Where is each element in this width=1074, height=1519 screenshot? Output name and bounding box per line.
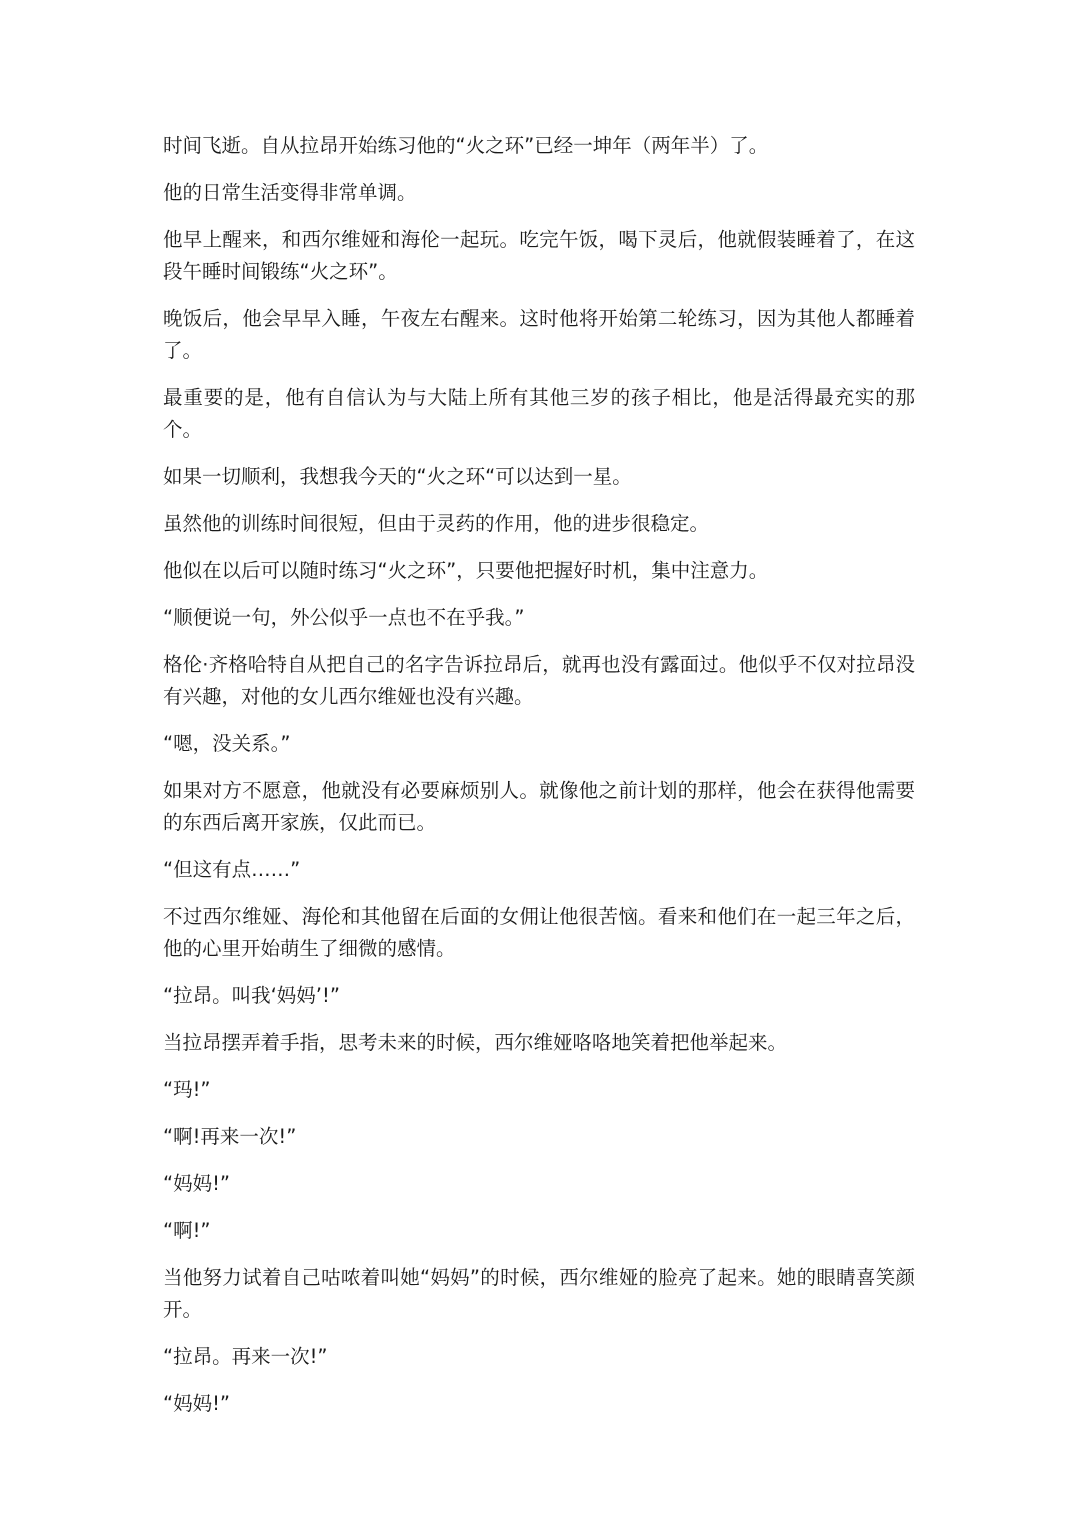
paragraph: 他的日常生活变得非常单调。 [163,177,915,209]
paragraph: 当他努力试着自己咕哝着叫她“妈妈”的时候，西尔维娅的脸亮了起来。她的眼睛喜笑颜开… [163,1262,915,1326]
paragraph: 最重要的是，他有自信认为与大陆上所有其他三岁的孩子相比，他是活得最充实的那个。 [163,382,915,446]
paragraph: “但这有点……” [163,854,915,886]
paragraph: “顺便说一句，外公似乎一点也不在乎我。” [163,602,915,634]
paragraph: 不过西尔维娅、海伦和其他留在后面的女佣让他很苦恼。看来和他们在一起三年之后，他的… [163,901,915,965]
paragraph: 虽然他的训练时间很短，但由于灵药的作用，他的进步很稳定。 [163,508,915,540]
paragraph: “拉昂。叫我‘妈妈’!” [163,980,915,1012]
paragraph: 晚饭后，他会早早入睡，午夜左右醒来。这时他将开始第二轮练习，因为其他人都睡着了。 [163,303,915,367]
paragraph: 时间飞逝。自从拉昂开始练习他的“火之环”已经一坤年（两年半）了。 [163,130,915,162]
paragraph: 格伦·齐格哈特自从把自己的名字告诉拉昂后，就再也没有露面过。他似乎不仅对拉昂没有… [163,649,915,713]
paragraph: 如果一切顺利，我想我今天的“火之环“可以达到一星。 [163,461,915,493]
paragraph: 如果对方不愿意，他就没有必要麻烦别人。就像他之前计划的那样，他会在获得他需要的东… [163,775,915,839]
paragraph: 他早上醒来，和西尔维娅和海伦一起玩。吃完午饭，喝下灵后，他就假装睡着了，在这段午… [163,224,915,288]
paragraph: “嗯，没关系。” [163,728,915,760]
paragraph: 当拉昂摆弄着手指，思考未来的时候，西尔维娅咯咯地笑着把他举起来。 [163,1027,915,1059]
paragraph: 他似在以后可以随时练习“火之环”，只要他把握好时机，集中注意力。 [163,555,915,587]
paragraph: “妈妈!” [163,1168,915,1200]
paragraph: “拉昂。再来一次!” [163,1341,915,1373]
paragraph: “妈妈!” [163,1388,915,1420]
document-page: 时间飞逝。自从拉昂开始练习他的“火之环”已经一坤年（两年半）了。 他的日常生活变… [163,130,915,1435]
paragraph: “啊!再来一次!” [163,1121,915,1153]
paragraph: “啊!” [163,1215,915,1247]
paragraph: “玛!” [163,1074,915,1106]
